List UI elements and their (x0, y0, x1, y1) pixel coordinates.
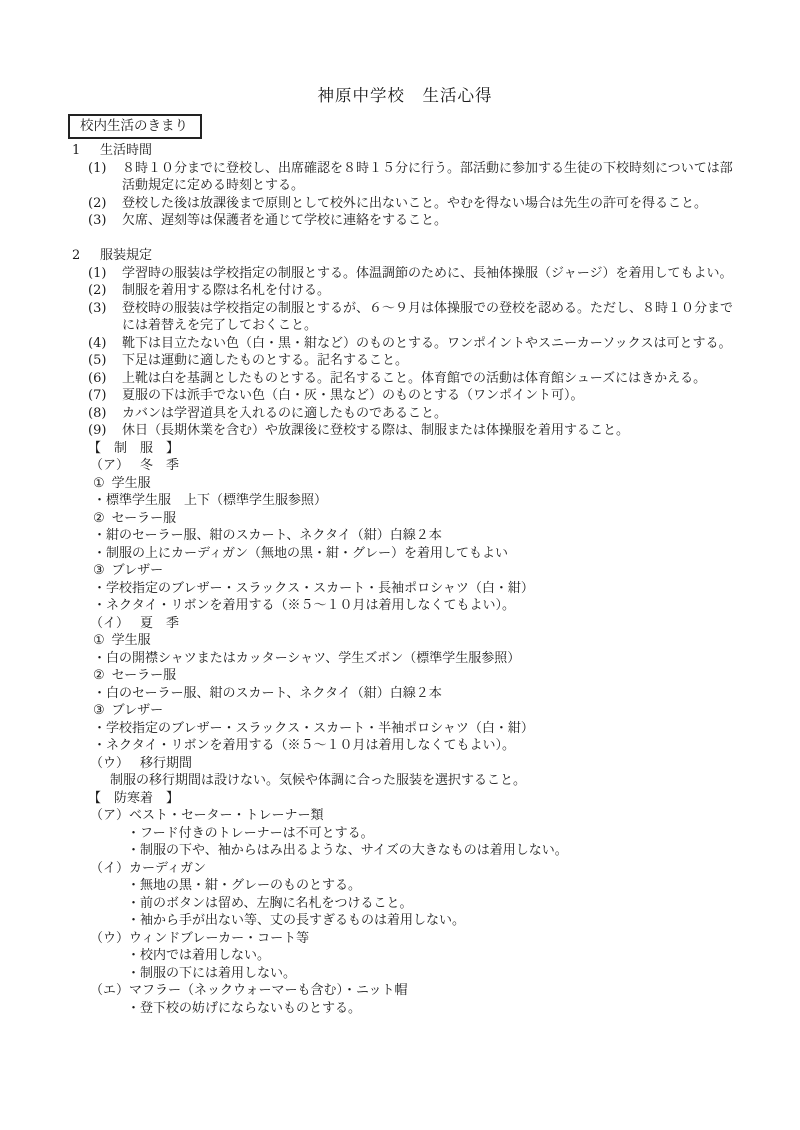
entry-marker: ② (93, 510, 105, 528)
uniform-entry: ・白の開襟シャツまたはカッターシャツ、学生ズボン（標準学生服参照） (72, 650, 738, 668)
uniform-entry: ・白のセーラー服、紺のスカート、ネクタイ（紺）白線２本 (72, 685, 738, 703)
item-text: 制服を着用する際は名札を付ける。 (122, 282, 738, 300)
uniform-group-winter: （ア）冬 季 (72, 457, 738, 475)
group-label: （ア） (90, 807, 129, 825)
bullet-marker: ・ (127, 965, 140, 983)
entry-text: 白のセーラー服、紺のスカート、ネクタイ（紺）白線２本 (106, 685, 442, 703)
uniform-group-summer: （イ）夏 季 (72, 615, 738, 633)
item-number: (4) (88, 335, 122, 353)
item-text: 休日（長期休業を含む）や放課後に登校する際は、制服または体操服を着用すること。 (122, 422, 738, 440)
rule-item: (7) 夏服の下は派手でない色（白・灰・黒など）のものとする（ワンポイント可）。 (72, 387, 738, 405)
entry-text: 白の開襟シャツまたはカッターシャツ、学生ズボン（標準学生服参照） (106, 650, 520, 668)
bullet-text: 無地の黒・紺・グレーのものとする。 (140, 877, 361, 895)
bullet-marker: ・ (93, 580, 106, 598)
section-heading: 2 服装規定 (72, 247, 738, 265)
entry-text: ネクタイ・リボンを着用する（※５～１０月は着用しなくてもよい）。 (106, 597, 515, 615)
bullet-item: ・袖から手が出ない等、丈の長すぎるものは着用しない。 (72, 912, 738, 930)
entry-text: ブレザー (112, 702, 163, 720)
entry-text: セーラー服 (112, 510, 176, 528)
section-number: 2 (72, 247, 100, 265)
group-label: （エ） (90, 982, 129, 1000)
bullet-marker: ・ (93, 737, 106, 755)
item-text: 欠席、遅刻等は保護者を通じて学校に連絡をすること。 (122, 212, 738, 230)
entry-text: 標準学生服 上下（標準学生服参照） (106, 492, 327, 510)
group-label: （ウ） (90, 756, 129, 771)
item-number: (8) (88, 405, 122, 423)
group-title: 夏 季 (140, 616, 179, 631)
entry-marker: ① (93, 475, 105, 493)
group-title: ベスト・セーター・トレーナー類 (129, 807, 323, 825)
bullet-text: 袖から手が出ない等、丈の長すぎるものは着用しない。 (140, 912, 465, 930)
entry-text: 学校指定のブレザー・スラックス・スカート・半袖ポロシャツ（白・紺） (106, 720, 534, 738)
entry-text: ブレザー (112, 562, 163, 580)
bullet-marker: ・ (93, 720, 106, 738)
bullet-item: ・校内では着用しない。 (72, 947, 738, 965)
group-title: ウィンドブレーカー・コート等 (129, 930, 309, 948)
uniform-entry: ・学校指定のブレザー・スラックス・スカート・半袖ポロシャツ（白・紺） (72, 720, 738, 738)
uniform-entry: ①学生服 (72, 632, 738, 650)
section-box-heading: 校内生活のきまり (68, 114, 202, 139)
item-number: (5) (88, 352, 122, 370)
entry-text: 学校指定のブレザー・スラックス・スカート・長袖ポロシャツ（白・紺） (106, 580, 534, 598)
uniform-entry: ③ブレザー (72, 702, 738, 720)
bullet-marker: ・ (127, 895, 140, 913)
uniform-entry: ③ブレザー (72, 562, 738, 580)
section-dress-code: 2 服装規定 (1) 学習時の服装は学校指定の制服とする。体温調節のために、長袖… (72, 247, 738, 440)
item-number: (3) (88, 212, 122, 230)
entry-marker: ③ (93, 702, 105, 720)
item-number: (1) (88, 160, 122, 195)
bullet-text: 登下校の妨げにならないものとする。 (140, 1000, 361, 1018)
item-number: (3) (88, 300, 122, 335)
bullet-text: 制服の下や、袖からはみ出るような、サイズの大きなものは着用しない。 (140, 842, 568, 860)
rule-item: (4) 靴下は目立たない色（白・黒・紺など）のものとする。ワンポイントやスニーカ… (72, 335, 738, 353)
bullet-marker: ・ (127, 825, 140, 843)
winterwear-group-muffler: （エ）マフラー（ネックウォーマーも含む）・ニット帽 (72, 982, 738, 1000)
bullet-marker: ・ (93, 545, 106, 563)
winterwear-group-cardigan: （イ）カーディガン (72, 860, 738, 878)
transition-note: 制服の移行期間は設けない。気候や体調に合った服装を選択すること。 (72, 772, 738, 790)
bullet-item: ・制服の下には着用しない。 (72, 965, 738, 983)
entry-marker: ① (93, 632, 105, 650)
winterwear-group-sweaters: （ア）ベスト・セーター・トレーナー類 (72, 807, 738, 825)
section-title: 服装規定 (100, 247, 152, 265)
bullet-text: 校内では着用しない。 (140, 947, 270, 965)
rule-item: (6) 上靴は白を基調としたものとする。記名すること。体育館での活動は体育館シュ… (72, 370, 738, 388)
box-heading-row: 校内生活のきまり (72, 114, 738, 139)
bullet-text: 制服の下には着用しない。 (140, 965, 296, 983)
uniform-group-transition: （ウ）移行期間 (72, 755, 738, 773)
winterwear-heading: 【 防寒着 】 (72, 790, 738, 808)
item-text: 下足は運動に適したものとする。記名すること。 (122, 352, 738, 370)
bullet-marker: ・ (127, 877, 140, 895)
group-title: 冬 季 (140, 458, 179, 473)
rule-item: (8) カバンは学習道具を入れるのに適したものであること。 (72, 405, 738, 423)
rule-item: (9) 休日（長期休業を含む）や放課後に登校する際は、制服または体操服を着用する… (72, 422, 738, 440)
uniform-entry: ②セーラー服 (72, 510, 738, 528)
rule-item: (1) 学習時の服装は学校指定の制服とする。体温調節のために、長袖体操服（ジャー… (72, 265, 738, 283)
bullet-marker: ・ (93, 597, 106, 615)
item-number: (6) (88, 370, 122, 388)
uniform-entry: ・紺のセーラー服、紺のスカート、ネクタイ（紺）白線２本 (72, 527, 738, 545)
uniform-entry: ・ネクタイ・リボンを着用する（※５～１０月は着用しなくてもよい）。 (72, 597, 738, 615)
item-text: ８時１０分までに登校し、出席確認を８時１５分に行う。部活動に参加する生徒の下校時… (122, 160, 738, 195)
bullet-marker: ・ (127, 842, 140, 860)
rule-item: (5) 下足は運動に適したものとする。記名すること。 (72, 352, 738, 370)
winterwear-group-windbreaker: （ウ）ウィンドブレーカー・コート等 (72, 930, 738, 948)
page-title: 神原中学校 生活心得 (72, 86, 738, 106)
section-heading: 1 生活時間 (72, 142, 738, 160)
entry-text: 制服の上にカーディガン（無地の黒・紺・グレー）を着用してもよい (106, 545, 508, 563)
bullet-marker: ・ (93, 527, 106, 545)
bullet-item: ・制服の下や、袖からはみ出るような、サイズの大きなものは着用しない。 (72, 842, 738, 860)
bullet-marker: ・ (127, 912, 140, 930)
item-number: (9) (88, 422, 122, 440)
group-label: （ア） (90, 458, 129, 473)
bullet-item: ・前のボタンは留め、左胸に名札をつけること。 (72, 895, 738, 913)
section-life-hours: 1 生活時間 (1) ８時１０分までに登校し、出席確認を８時１５分に行う。部活動… (72, 142, 738, 230)
bullet-item: ・フード付きのトレーナーは不可とする。 (72, 825, 738, 843)
item-text: 登校時の服装は学校指定の制服とするが、６～９月は体操服での登校を認める。ただし、… (122, 300, 738, 335)
item-text: 登校した後は放課後まで原則として校外に出ないこと。やむを得ない場合は先生の許可を… (122, 195, 738, 213)
section-number: 1 (72, 142, 100, 160)
entry-text: 学生服 (112, 475, 151, 493)
bullet-item: ・無地の黒・紺・グレーのものとする。 (72, 877, 738, 895)
group-label: （ウ） (90, 930, 129, 948)
entry-text: セーラー服 (112, 667, 176, 685)
item-text: 夏服の下は派手でない色（白・灰・黒など）のものとする（ワンポイント可）。 (122, 387, 738, 405)
bullet-item: ・登下校の妨げにならないものとする。 (72, 1000, 738, 1018)
bullet-marker: ・ (93, 650, 106, 668)
bullet-marker: ・ (93, 685, 106, 703)
entry-marker: ② (93, 667, 105, 685)
item-number: (2) (88, 195, 122, 213)
entry-text: ネクタイ・リボンを着用する（※５～１０月は着用しなくてもよい）。 (106, 737, 515, 755)
bullet-marker: ・ (127, 1000, 140, 1018)
group-title: 移行期間 (140, 756, 192, 771)
group-title: マフラー（ネックウォーマーも含む）・ニット帽 (129, 982, 407, 1000)
uniform-entry: ②セーラー服 (72, 667, 738, 685)
uniform-entry: ・ネクタイ・リボンを着用する（※５～１０月は着用しなくてもよい）。 (72, 737, 738, 755)
group-label: （イ） (90, 616, 129, 631)
item-number: (2) (88, 282, 122, 300)
item-number: (7) (88, 387, 122, 405)
item-text: カバンは学習道具を入れるのに適したものであること。 (122, 405, 738, 423)
document-page: 神原中学校 生活心得 校内生活のきまり 1 生活時間 (1) ８時１０分までに登… (0, 0, 800, 1130)
item-number: (1) (88, 265, 122, 283)
uniform-entry: ・制服の上にカーディガン（無地の黒・紺・グレー）を着用してもよい (72, 545, 738, 563)
bullet-marker: ・ (127, 947, 140, 965)
item-text: 靴下は目立たない色（白・黒・紺など）のものとする。ワンポイントやスニーカーソック… (122, 335, 738, 353)
rule-item: (3) 登校時の服装は学校指定の制服とするが、６～９月は体操服での登校を認める。… (72, 300, 738, 335)
section-title: 生活時間 (100, 142, 152, 160)
rule-item: (2) 制服を着用する際は名札を付ける。 (72, 282, 738, 300)
bullet-text: フード付きのトレーナーは不可とする。 (140, 825, 374, 843)
uniform-heading: 【 制 服 】 (72, 440, 738, 458)
uniform-entry: ・学校指定のブレザー・スラックス・スカート・長袖ポロシャツ（白・紺） (72, 580, 738, 598)
item-text: 上靴は白を基調としたものとする。記名すること。体育館での活動は体育館シューズには… (122, 370, 738, 388)
uniform-entry: ・標準学生服 上下（標準学生服参照） (72, 492, 738, 510)
rule-item: (3) 欠席、遅刻等は保護者を通じて学校に連絡をすること。 (72, 212, 738, 230)
group-label: （イ） (90, 860, 129, 878)
item-text: 学習時の服装は学校指定の制服とする。体温調節のために、長袖体操服（ジャージ）を着… (122, 265, 738, 283)
rule-item: (1) ８時１０分までに登校し、出席確認を８時１５分に行う。部活動に参加する生徒… (72, 160, 738, 195)
entry-marker: ③ (93, 562, 105, 580)
bullet-marker: ・ (93, 492, 106, 510)
group-title: カーディガン (129, 860, 206, 878)
bullet-text: 前のボタンは留め、左胸に名札をつけること。 (140, 895, 412, 913)
entry-text: 紺のセーラー服、紺のスカート、ネクタイ（紺）白線２本 (106, 527, 442, 545)
entry-text: 学生服 (112, 632, 151, 650)
uniform-entry: ①学生服 (72, 475, 738, 493)
rule-item: (2) 登校した後は放課後まで原則として校外に出ないこと。やむを得ない場合は先生… (72, 195, 738, 213)
